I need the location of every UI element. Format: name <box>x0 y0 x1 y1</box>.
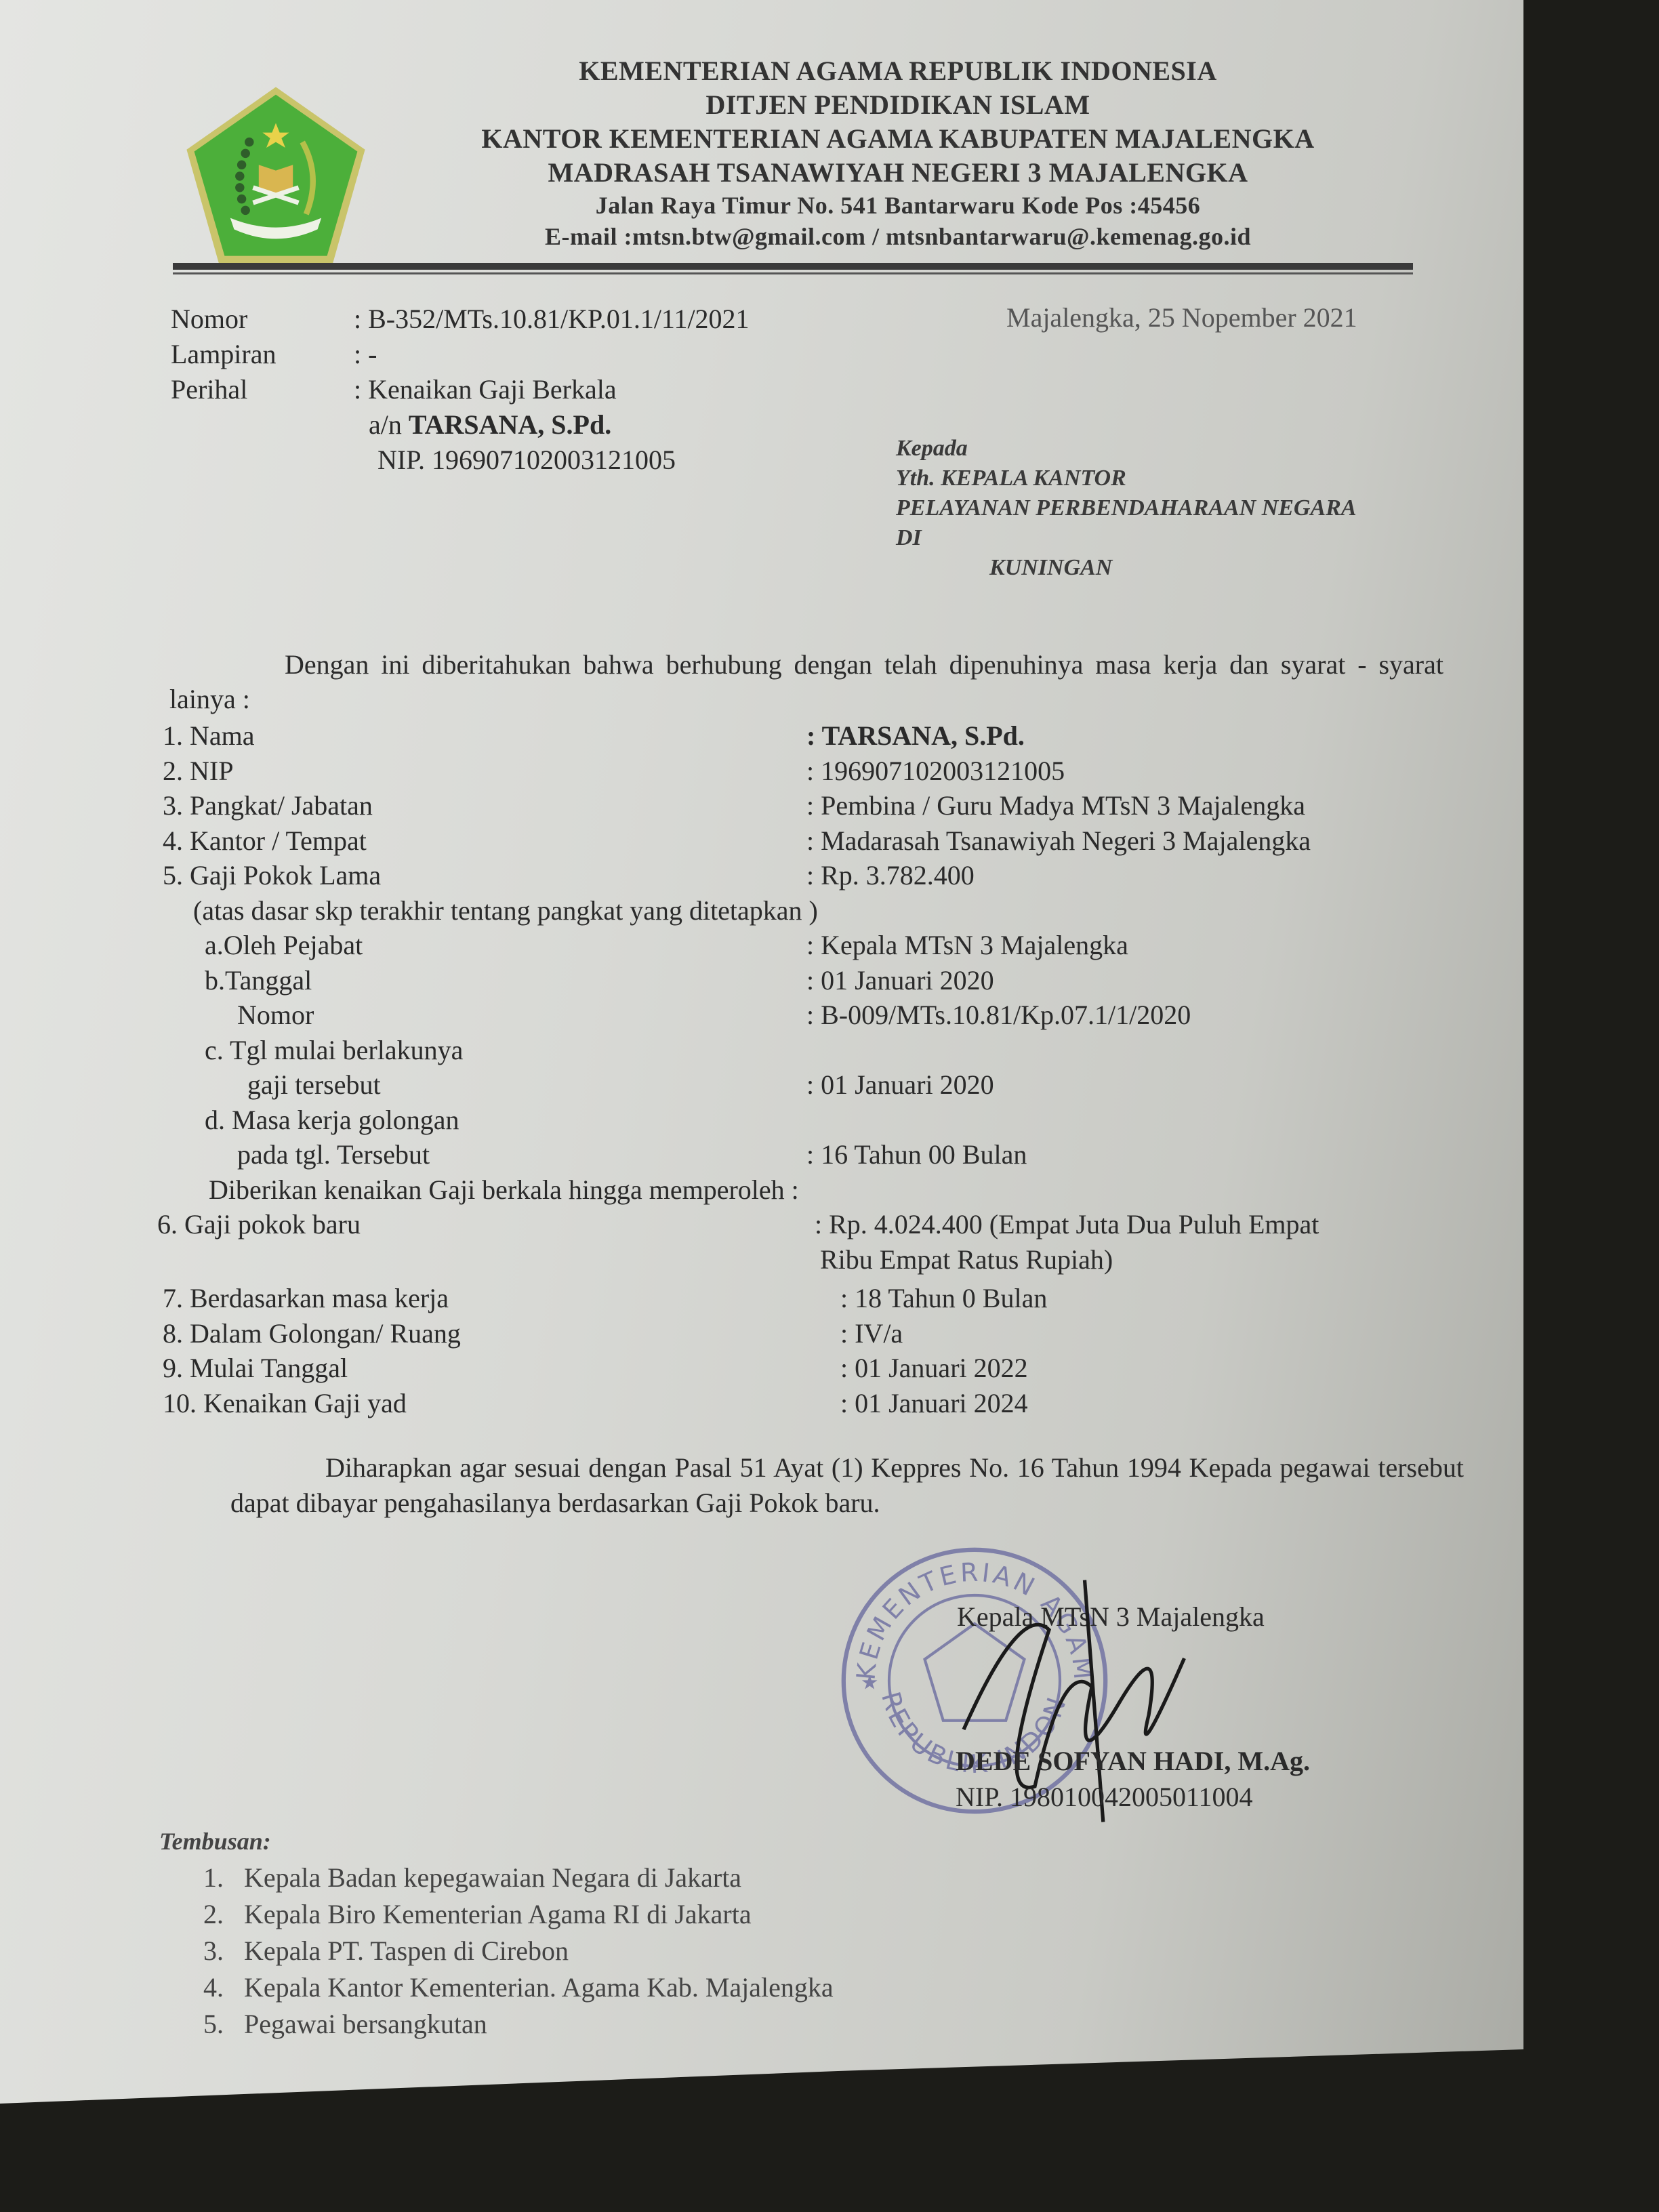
sk-note: (atas dasar skp terakhir tentang pangkat… <box>163 893 1450 928</box>
school-email: E-mail :mtsn.btw@gmail.com / mtsnbantarw… <box>373 221 1423 252</box>
sk-row: Nomor: B-009/MTs.10.81/Kp.07.1/1/2020 <box>163 998 1450 1033</box>
field-value: : TARSANA, S.Pd. <box>806 718 1025 754</box>
sk-label: Nomor <box>163 998 881 1033</box>
signatory-nip: NIP. 198010042005011004 <box>956 1781 1253 1813</box>
kemenag-emblem-icon <box>178 81 374 271</box>
svg-text:★: ★ <box>861 1673 878 1694</box>
list-item: 1.Kepala Badan kepegawaian Negara di Jak… <box>159 1860 834 1896</box>
item-text: Kepala PT. Taspen di Cirebon <box>244 1933 569 1969</box>
sk-label: b.Tanggal <box>163 963 848 998</box>
sk-value: : 16 Tahun 00 Bulan <box>806 1137 1027 1172</box>
field-label: 1. Nama <box>163 718 806 754</box>
sk-label: c. Tgl mulai berlakunya <box>163 1033 848 1068</box>
field-row: 5. Gaji Pokok Lama: Rp. 3.782.400 <box>163 858 1450 893</box>
item-text: Pegawai bersangkutan <box>244 2006 487 2043</box>
tembusan-block: Tembusan: 1.Kepala Badan kepegawaian Neg… <box>159 1823 834 2043</box>
new-value-cont: Ribu Empat Ratus Rupiah) <box>820 1242 1113 1277</box>
new-row: 7. Berdasarkan masa kerja: 18 Tahun 0 Bu… <box>163 1281 1450 1316</box>
new-row: 10. Kenaikan Gaji yad: 01 Januari 2024 <box>163 1386 1450 1421</box>
field-row: 3. Pangkat/ Jabatan: Pembina / Guru Mady… <box>163 788 1450 823</box>
tembusan-list: 1.Kepala Badan kepegawaian Negara di Jak… <box>159 1860 834 2043</box>
tembusan-heading: Tembusan: <box>159 1823 834 1860</box>
item-number: 4. <box>203 1969 244 2006</box>
perihal-nip: NIP. 196907102003121005 <box>377 443 676 478</box>
recipient-line: Yth. KEPALA KANTOR <box>896 464 1357 493</box>
school-address: Jalan Raya Timur No. 541 Bantarwaru Kode… <box>373 190 1423 221</box>
recipient-city: KUNINGAN <box>896 553 1357 583</box>
new-value: : 01 Januari 2024 <box>840 1386 1028 1421</box>
sk-label: gaji tersebut <box>163 1067 891 1103</box>
sk-note-text: (atas dasar skp terakhir tentang pangkat… <box>193 893 818 928</box>
sk-row: c. Tgl mulai berlakunya <box>163 1033 1450 1068</box>
lampiran-value: : - <box>354 337 377 372</box>
item-number: 1. <box>203 1860 244 1896</box>
sk-row: gaji tersebut: 01 Januari 2020 <box>163 1067 1450 1103</box>
list-item: 2.Kepala Biro Kementerian Agama RI di Ja… <box>159 1896 834 1933</box>
sk-label: pada tgl. Tersebut <box>163 1137 881 1172</box>
closing-paragraph: Diharapkan agar sesuai dengan Pasal 51 A… <box>230 1450 1464 1521</box>
perihal-value: : Kenaikan Gaji Berkala <box>354 372 617 407</box>
new-value: : 18 Tahun 0 Bulan <box>840 1281 1047 1316</box>
letterhead: KEMENTERIAN AGAMA REPUBLIK INDONESIA DIT… <box>169 54 1457 271</box>
given-note-text: Diberikan kenaikan Gaji berkala hingga m… <box>209 1172 799 1208</box>
signatory-name: DEDE SOFYAN HADI, M.Ag. <box>956 1745 1310 1777</box>
recipient-line: DI <box>896 523 1357 553</box>
new-label: 7. Berdasarkan masa kerja <box>163 1281 840 1316</box>
intro-paragraph: Dengan ini diberitahukan bahwa berhubung… <box>169 647 1443 716</box>
sk-value: : 01 Januari 2020 <box>806 1067 994 1103</box>
sk-value: : B-009/MTs.10.81/Kp.07.1/1/2020 <box>806 998 1191 1033</box>
new-value: : Rp. 4.024.400 (Empat Juta Dua Puluh Em… <box>815 1207 1319 1242</box>
field-label: 5. Gaji Pokok Lama <box>163 858 806 893</box>
ministry-name: KEMENTERIAN AGAMA REPUBLIK INDONESIA <box>373 54 1423 88</box>
new-label: 6. Gaji pokok baru <box>157 1207 815 1242</box>
item-number: 3. <box>203 1933 244 1969</box>
new-value: : 01 Januari 2022 <box>840 1351 1028 1386</box>
field-label: 2. NIP <box>163 754 806 789</box>
closing-text: Diharapkan agar sesuai dengan Pasal 51 A… <box>230 1450 1464 1521</box>
recipient-line: Kepada <box>896 434 1357 464</box>
item-text: Kepala Badan kepegawaian Negara di Jakar… <box>244 1860 741 1896</box>
sk-value: : 01 Januari 2020 <box>806 963 994 998</box>
perihal-label: Perihal <box>171 372 354 407</box>
new-value: : IV/a <box>840 1316 903 1351</box>
perihal-an-prefix: a/n <box>369 407 402 443</box>
field-row: 4. Kantor / Tempat: Madarasah Tsanawiyah… <box>163 823 1450 859</box>
list-item: 3.Kepala PT. Taspen di Cirebon <box>159 1933 834 1969</box>
office-name: KANTOR KEMENTERIAN AGAMA KABUPATEN MAJAL… <box>373 122 1423 156</box>
intro-text: Dengan ini diberitahukan bahwa berhubung… <box>169 647 1443 716</box>
new-label: 10. Kenaikan Gaji yad <box>163 1386 840 1421</box>
field-row: 2. NIP: 196907102003121005 <box>163 754 1450 789</box>
given-note: Diberikan kenaikan Gaji berkala hingga m… <box>163 1172 1450 1208</box>
sk-value: : Kepala MTsN 3 Majalengka <box>806 928 1128 963</box>
item-text: Kepala Biro Kementerian Agama RI di Jaka… <box>244 1896 752 1933</box>
list-item: 5.Pegawai bersangkutan <box>159 2006 834 2043</box>
letterhead-divider <box>173 263 1413 270</box>
new-row: Ribu Empat Ratus Rupiah) <box>163 1242 1450 1277</box>
recipient-line: PELAYANAN PERBENDAHARAAN NEGARA <box>896 493 1357 523</box>
new-row: 6. Gaji pokok baru: Rp. 4.024.400 (Empat… <box>157 1207 1450 1242</box>
employee-fields: 1. Nama: TARSANA, S.Pd. 2. NIP: 19690710… <box>163 718 1450 1420</box>
field-row: 1. Nama: TARSANA, S.Pd. <box>163 718 1450 754</box>
nomor-label: Nomor <box>171 302 354 337</box>
field-value: : Rp. 3.782.400 <box>806 858 975 893</box>
field-value: : 196907102003121005 <box>806 754 1065 789</box>
letterhead-divider-thin <box>173 272 1413 274</box>
sk-row: b.Tanggal: 01 Januari 2020 <box>163 963 1450 998</box>
field-value: : Madarasah Tsanawiyah Negeri 3 Majaleng… <box>806 823 1311 859</box>
letter-meta: Nomor: B-352/MTs.10.81/KP.01.1/11/2021 L… <box>171 302 750 478</box>
lampiran-label: Lampiran <box>171 337 354 372</box>
list-item: 4.Kepala Kantor Kementerian. Agama Kab. … <box>159 1969 834 2006</box>
item-number: 2. <box>203 1896 244 1933</box>
sk-label: d. Masa kerja golongan <box>163 1103 848 1138</box>
new-label: 8. Dalam Golongan/ Ruang <box>163 1316 840 1351</box>
field-label: 4. Kantor / Tempat <box>163 823 806 859</box>
school-name: MADRASAH TSANAWIYAH NEGERI 3 MAJALENGKA <box>373 156 1423 190</box>
directorate-name: DITJEN PENDIDIKAN ISLAM <box>373 88 1423 122</box>
item-text: Kepala Kantor Kementerian. Agama Kab. Ma… <box>244 1969 834 2006</box>
letter-date: Majalengka, 25 Nopember 2021 <box>1006 302 1357 333</box>
field-value: : Pembina / Guru Madya MTsN 3 Majalengka <box>806 788 1305 823</box>
new-row: 9. Mulai Tanggal: 01 Januari 2022 <box>163 1351 1450 1386</box>
new-row: 8. Dalam Golongan/ Ruang: IV/a <box>163 1316 1450 1351</box>
field-label: 3. Pangkat/ Jabatan <box>163 788 806 823</box>
letterhead-text: KEMENTERIAN AGAMA REPUBLIK INDONESIA DIT… <box>373 54 1423 252</box>
sk-row: a.Oleh Pejabat: Kepala MTsN 3 Majalengka <box>163 928 1450 963</box>
sk-row: d. Masa kerja golongan <box>163 1103 1450 1138</box>
new-label: 9. Mulai Tanggal <box>163 1351 840 1386</box>
sk-label: a.Oleh Pejabat <box>163 928 848 963</box>
recipient-block: Kepada Yth. KEPALA KANTOR PELAYANAN PERB… <box>896 434 1357 583</box>
sk-row: pada tgl. Tersebut: 16 Tahun 00 Bulan <box>163 1137 1450 1172</box>
item-number: 5. <box>203 2006 244 2043</box>
perihal-an-name: TARSANA, S.Pd. <box>409 407 611 443</box>
nomor-value: : B-352/MTs.10.81/KP.01.1/11/2021 <box>354 302 750 337</box>
